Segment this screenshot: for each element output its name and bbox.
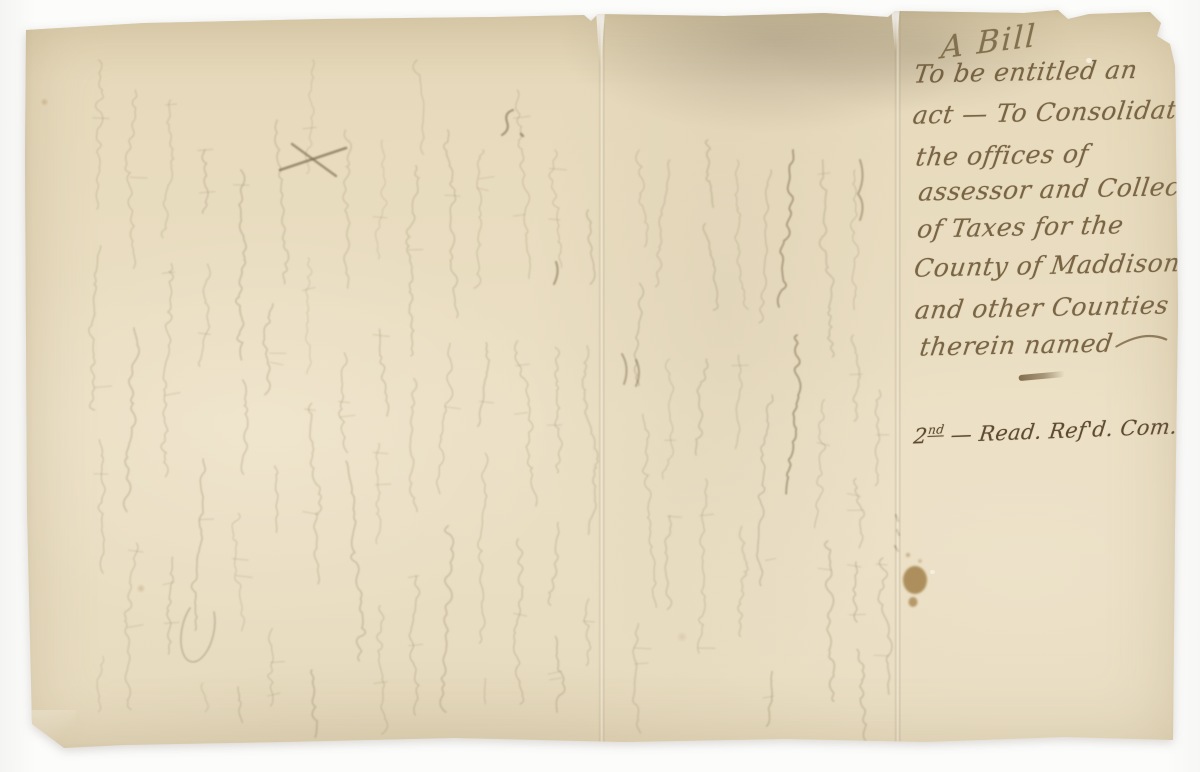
docket-line: act — To Consolidate xyxy=(911,95,1194,130)
bleed-through-columns xyxy=(89,60,892,742)
flourish-mark xyxy=(1018,371,1064,381)
scan-background: A Bill To be entitled an act — To Consol… xyxy=(0,0,1200,772)
docket-line: County of Maddison xyxy=(912,248,1182,283)
pen-swash xyxy=(1114,332,1170,351)
paper-sheet: A Bill To be entitled an act — To Consol… xyxy=(24,10,1180,752)
docket-line-text: To be entitled an xyxy=(912,55,1139,89)
docket-line-text: act — To Consolidate xyxy=(911,95,1194,130)
endorsement-line: 2nd — Read. Ref'd. Com. Fin. xyxy=(912,411,1200,448)
docket-line-text: the offices of xyxy=(914,139,1091,172)
docket-line-text: and other Counties xyxy=(913,290,1171,324)
docket-line: and other Counties xyxy=(913,290,1171,324)
docket-line: the offices of xyxy=(914,139,1091,172)
endorsement-ordinal-suffix: nd xyxy=(927,422,945,437)
dark-ink-marks xyxy=(181,110,899,662)
docket-line-text: therein named xyxy=(918,329,1115,362)
docket-panel: A Bill To be entitled an act — To Consol… xyxy=(903,15,1185,491)
docket-line-text: of Taxes for the xyxy=(915,210,1125,243)
document-paper: A Bill To be entitled an act — To Consol… xyxy=(24,10,1180,752)
docket-line: of Taxes for the xyxy=(915,210,1125,243)
docket-line-text: County of Maddison xyxy=(912,248,1182,283)
ink-stain xyxy=(903,553,927,607)
docket-line: assessor and Collector xyxy=(917,171,1200,206)
docket-line: therein named xyxy=(918,327,1171,361)
docket-line: To be entitled an xyxy=(912,55,1139,89)
endorsement-text: — Read. Ref'd. Com. Fin. xyxy=(949,412,1200,447)
docket-line-text: assessor and Collector xyxy=(917,171,1200,206)
